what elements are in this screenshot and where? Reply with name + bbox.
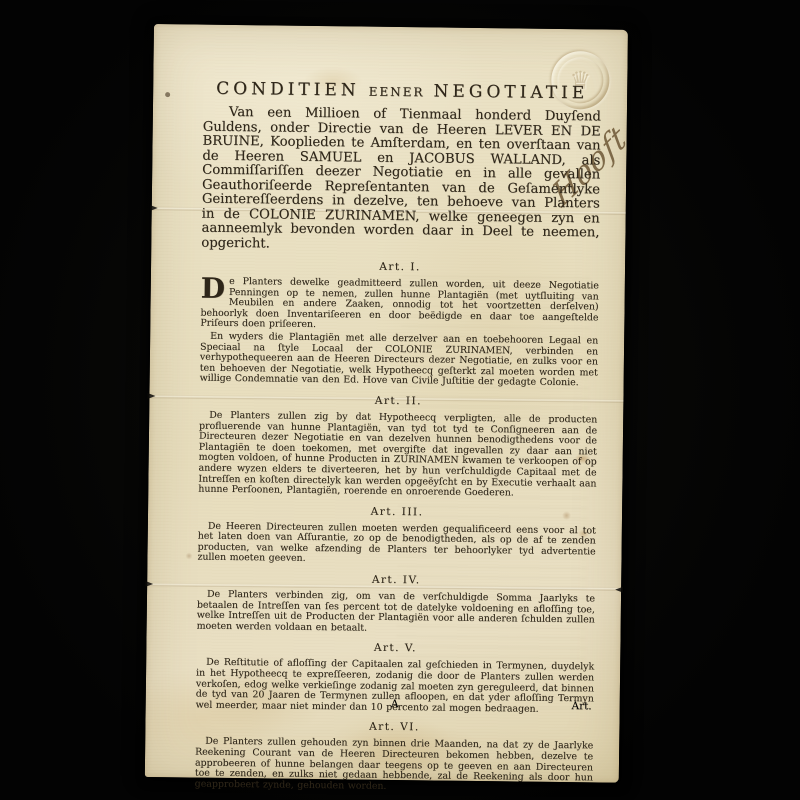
ink-fleck <box>165 92 170 97</box>
document-page: ♛ Hooft CONDITIEN EENER NEGOTIATIE Van e… <box>145 24 628 783</box>
article-3-heading: Art. III. <box>198 503 596 520</box>
title-word-conditien: CONDITIEN <box>216 79 360 101</box>
article-4-paragraph: De Planters verbinden zig, om van de ver… <box>197 590 595 637</box>
article-4: Art. IV. De Planters verbinden zig, om v… <box>197 572 596 637</box>
article-1-text: e Planters dewelke geadmitteerd zullen w… <box>200 276 599 330</box>
article-1-heading: Art. I. <box>201 259 599 276</box>
printed-text-column: CONDITIEN EENER NEGOTIATIE Van een Milli… <box>195 79 602 797</box>
foxing-spot <box>185 552 192 559</box>
article-5-heading: Art. V. <box>196 640 594 657</box>
article-2: Art. II. De Planters zullen zig by dat H… <box>198 393 597 501</box>
title-word-negotiatie: NEGOTIATIE <box>433 81 588 103</box>
article-3: Art. III. De Heeren Directeuren zullen m… <box>197 503 596 568</box>
article-6-heading: Art. VI. <box>195 719 593 736</box>
document-title: CONDITIEN EENER NEGOTIATIE <box>203 79 601 104</box>
title-paragraph: Van een Millioen of Tienmaal honderd Duy… <box>201 106 601 256</box>
article-6: Art. VI. De Planters zullen gehouden zyn… <box>195 719 594 795</box>
article-1: Art. I. De Planters dewelke geadmitteerd… <box>200 259 600 390</box>
drop-cap: D <box>201 277 230 299</box>
article-1-paragraph-1: De Planters dewelke geadmitteerd zullen … <box>200 277 599 335</box>
article-4-heading: Art. IV. <box>197 572 595 589</box>
article-1-paragraph-2: En wyders die Plantagiën met alle derzel… <box>200 332 599 390</box>
article-2-heading: Art. II. <box>199 393 597 410</box>
article-2-paragraph: De Planters zullen zig by dat Hypotheecq… <box>198 411 597 501</box>
catchword: Art. <box>571 700 591 712</box>
title-word-eener: EENER <box>369 85 425 100</box>
article-6-paragraph: De Planters zullen gehouden zyn binnen d… <box>195 737 594 795</box>
photo-background: ♛ Hooft CONDITIEN EENER NEGOTIATIE Van e… <box>0 0 800 800</box>
article-3-paragraph: De Heeren Directeuren zullen moeten werd… <box>197 521 595 568</box>
